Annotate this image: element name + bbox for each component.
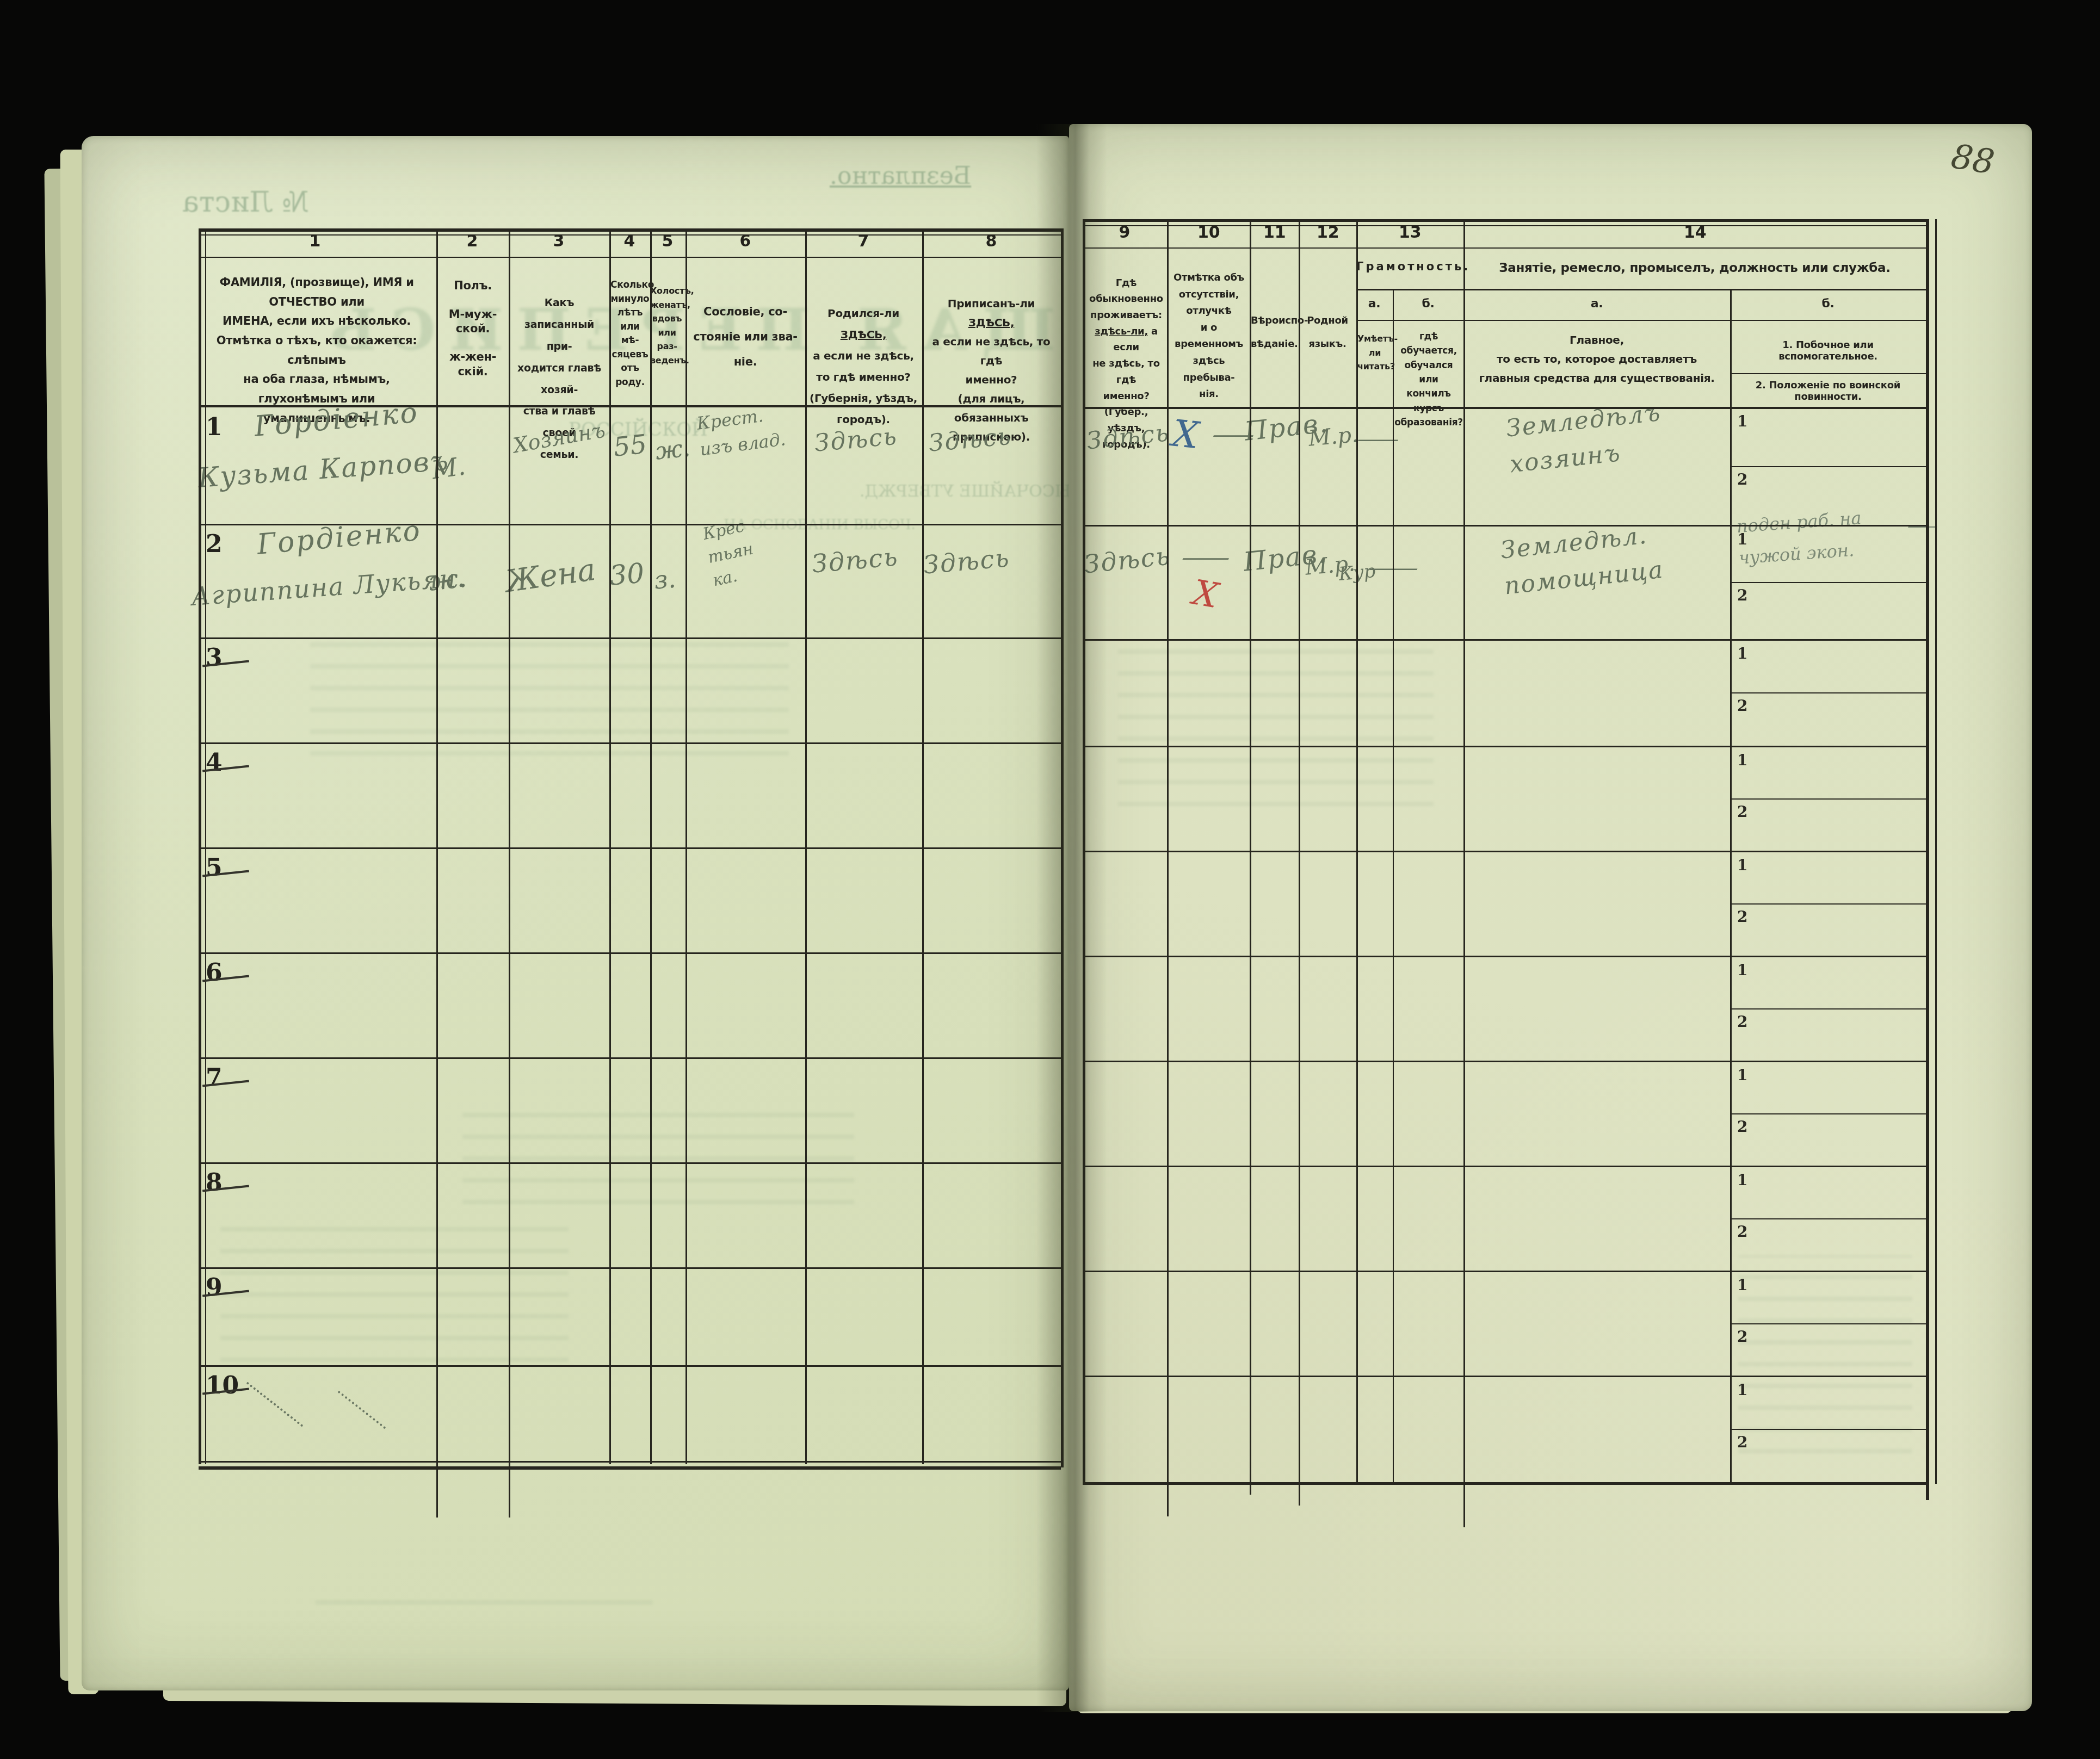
subrow-label-1: 1 xyxy=(1737,1381,1747,1399)
census-scan: { "page": { "sheet_number": "88" }, "col… xyxy=(0,0,2100,1759)
header-age-column: Сколько минуло лѣтъ или мѣ- сяцевъ отъ р… xyxy=(610,278,650,389)
ghost-paragraph xyxy=(316,1598,653,1613)
header-birthplace-here: ЗДѢСЬ, xyxy=(841,328,887,341)
table-gridline xyxy=(1083,1482,1926,1485)
header-occupation-title: Занятіе, ремесло, промыселъ, должность и… xyxy=(1463,261,1926,275)
subrow-label-2: 2 xyxy=(1737,470,1747,488)
header-religion-column: Вѣроиспо- вѣданіе. xyxy=(1251,309,1298,356)
table-gridline xyxy=(199,952,1061,954)
header-literacy-a-label: а. xyxy=(1363,297,1385,311)
entry-relation: Жена xyxy=(503,552,598,600)
pencil-stroke xyxy=(337,1391,386,1429)
header-occupation-a-label: а. xyxy=(1586,297,1608,311)
absence-dash: — xyxy=(1181,544,1231,571)
subrow-label-1: 1 xyxy=(1737,1066,1747,1084)
table-gridline xyxy=(1083,407,1926,409)
table-gridline xyxy=(609,228,611,1464)
ghost-paragraph xyxy=(462,1099,854,1213)
table-gridline xyxy=(1083,1061,1926,1062)
table-gridline xyxy=(922,228,924,1464)
subrow-divider xyxy=(1730,582,1926,583)
table-gridline xyxy=(1250,219,1251,1495)
table-gridline xyxy=(199,1267,1061,1269)
table-gridline xyxy=(685,228,687,1464)
table-gridline xyxy=(1083,956,1926,957)
table-gridline xyxy=(199,1057,1061,1059)
ghost-free-of-charge: Безплатно. xyxy=(830,162,971,190)
entry-sex: М. xyxy=(430,451,467,485)
absence-x-mark-blue: Х xyxy=(1170,412,1201,458)
subrow-label-2: 2 xyxy=(1737,1118,1747,1136)
subrow-divider xyxy=(1730,903,1926,905)
sheet-number: 88 xyxy=(1949,136,1997,182)
table-gridline xyxy=(199,1466,1061,1470)
subrow-label-1: 1 xyxy=(1737,751,1747,769)
left-page: № Листа Безплатно. ВСЕОБЩАЯ ПЕРЕПИСЬ РОС… xyxy=(82,136,1069,1690)
table-gridline xyxy=(1083,1271,1926,1272)
table-gridline xyxy=(1356,289,1926,290)
header-absence-column: Отмѣтка объ отсутствіи, отлучкѣ и о врем… xyxy=(1169,270,1249,403)
table-gridline xyxy=(1083,525,1926,527)
subrow-label-2: 2 xyxy=(1737,586,1747,604)
table-gridline xyxy=(1935,219,1937,1484)
header-registration-pre: Приписанъ-ли xyxy=(948,297,1035,310)
ghost-paragraph xyxy=(220,1218,569,1371)
table-gridline xyxy=(199,524,1061,525)
subrow-label-2: 2 xyxy=(1737,908,1747,926)
table-gridline xyxy=(1083,1376,1926,1377)
table-gridline xyxy=(199,847,1061,849)
absence-x-mark-red: Х xyxy=(1190,573,1221,617)
subrow-label-2: 2 xyxy=(1737,1223,1747,1241)
row-number: 2 xyxy=(206,530,223,558)
entry-registered-here: Здѣсь xyxy=(922,543,1011,580)
header-registration-here: ЗДѢСЬ, xyxy=(968,316,1015,329)
subrow-divider xyxy=(1730,1218,1926,1219)
table-gridline xyxy=(199,228,1061,232)
header-birthplace-column: Родился-ли ЗДѢСЬ, а если не здѣсь, то гд… xyxy=(807,282,919,430)
table-gridline xyxy=(650,228,652,1464)
subrow-label-1: 1 xyxy=(1737,412,1747,430)
subrow-divider xyxy=(1730,466,1926,467)
header-language-column: Родной языкъ. xyxy=(1300,309,1355,356)
table-gridline xyxy=(1926,219,1929,1500)
table-gridline xyxy=(199,742,1061,744)
header-main-occupation: Главное, то есть то, которое доставляетъ… xyxy=(1469,331,1725,388)
subrow-label-2: 2 xyxy=(1737,1013,1747,1031)
header-literacy-title: Грамотность. xyxy=(1356,260,1463,273)
subrow-label-1: 1 xyxy=(1737,645,1747,662)
subrow-divider xyxy=(1730,1323,1926,1324)
subrow-divider xyxy=(1730,1429,1926,1430)
entry-age: 55 xyxy=(612,429,648,463)
entry-given-name: Кузьма Карповъ xyxy=(197,445,450,494)
entry-given-name: Агриппина Лукьян. xyxy=(190,563,467,611)
entry-side-occupation: поден раб. на чужой экон. xyxy=(1735,503,1864,574)
table-gridline xyxy=(1463,219,1465,1527)
row-number: 9 xyxy=(206,1274,223,1302)
row-number: 4 xyxy=(206,749,223,777)
header-sex-column: Полъ. М-муж- ской. ж-жен- скій. xyxy=(440,278,506,379)
table-gridline xyxy=(1299,219,1300,1506)
subrow-divider xyxy=(1730,692,1926,693)
table-gridline xyxy=(199,637,1061,639)
table-gridline xyxy=(199,1162,1061,1164)
table-gridline xyxy=(199,257,1061,258)
header-estate-column: Сословіе, со- стояніе или зва- ніе. xyxy=(688,299,802,375)
header-birthplace-pre: Родился-ли xyxy=(827,307,899,320)
subrow-label-1: 1 xyxy=(1737,530,1747,548)
entry-language: М.р. xyxy=(1307,422,1360,451)
right-page: 88 9 10 11 12 13 14 Гдѣ обыкновенно прож… xyxy=(1069,124,2032,1711)
header-marital-column: Холостъ, женатъ, вдовъ или раз- веденъ. xyxy=(650,284,684,368)
subrow-label-1: 1 xyxy=(1737,1171,1747,1189)
entry-estate: Крест. изъ влад. xyxy=(695,400,787,463)
ghost-paragraph xyxy=(1118,641,1434,815)
subrow-label-1: 1 xyxy=(1737,961,1747,979)
table-gridline xyxy=(509,228,510,1518)
header-can-read: Умѣетъ- ли читать? xyxy=(1357,332,1392,374)
table-gridline xyxy=(805,228,807,1464)
header-side-occupation: 1. Побочное или вспомогательное. xyxy=(1734,339,1922,362)
subrow-divider xyxy=(1730,798,1926,800)
table-gridline xyxy=(436,228,438,1518)
subrow-label-2: 2 xyxy=(1737,803,1747,821)
table-gridline xyxy=(1393,289,1394,1484)
ghost-paragraph xyxy=(1738,1255,1912,1462)
header-literacy-b-label: б. xyxy=(1417,297,1439,311)
entry-age: 30 xyxy=(608,557,645,591)
table-gridline xyxy=(1356,320,1926,321)
row-number: 8 xyxy=(206,1169,223,1197)
table-gridline xyxy=(1083,851,1926,852)
entry-surname: Гордіенко xyxy=(256,515,423,561)
row-number: 1 xyxy=(206,413,223,441)
row-number: 10 xyxy=(206,1372,239,1399)
table-gridline xyxy=(1083,247,1926,249)
subrow-label-2: 2 xyxy=(1737,1328,1747,1346)
page-gutter xyxy=(1036,124,1107,1712)
table-gridline xyxy=(1083,225,1926,226)
subrow-divider xyxy=(1730,1113,1926,1114)
header-birthplace-post: а если не здѣсь, то гдѣ именно? (Губерні… xyxy=(810,349,917,426)
table-gridline xyxy=(1730,289,1732,1484)
row-number: 7 xyxy=(206,1064,223,1092)
entry-occupation: Земледѣл. помощница xyxy=(1499,516,1665,604)
table-gridline xyxy=(1083,746,1926,747)
subrow-divider xyxy=(1730,1008,1926,1009)
row-number: 5 xyxy=(206,854,223,882)
header-military-status: 2. Положеніе по воинской повинности. xyxy=(1734,380,1922,402)
row-number: 6 xyxy=(206,959,223,987)
table-gridline xyxy=(199,1365,1061,1367)
table-gridline xyxy=(1083,1166,1926,1167)
header-education: гдѣ обучается, обучался или кончилъ курс… xyxy=(1394,330,1463,430)
entry-sex: ж. xyxy=(427,563,468,597)
subrow-label-1: 1 xyxy=(1737,1276,1747,1294)
table-gridline xyxy=(1730,373,1926,374)
subrow-label-2: 2 xyxy=(1737,1433,1747,1451)
table-gridline xyxy=(1083,219,1926,222)
entry-marital: з. xyxy=(653,564,677,595)
entry-born-here: Здѣсь xyxy=(811,542,899,579)
table-gridline xyxy=(199,405,1061,407)
row-number: 3 xyxy=(206,644,223,672)
ghost-list-number: № Листа xyxy=(182,186,309,219)
table-gridline xyxy=(199,1461,1061,1463)
header-occupation-b-label: б. xyxy=(1817,297,1839,311)
table-gridline xyxy=(1167,219,1169,1516)
table-gridline xyxy=(1083,639,1926,641)
table-gridline xyxy=(199,234,1061,236)
subrow-label-2: 2 xyxy=(1737,697,1747,715)
table-gridline xyxy=(199,228,201,1464)
subrow-label-1: 1 xyxy=(1737,856,1747,874)
pencil-stroke xyxy=(246,1382,304,1427)
